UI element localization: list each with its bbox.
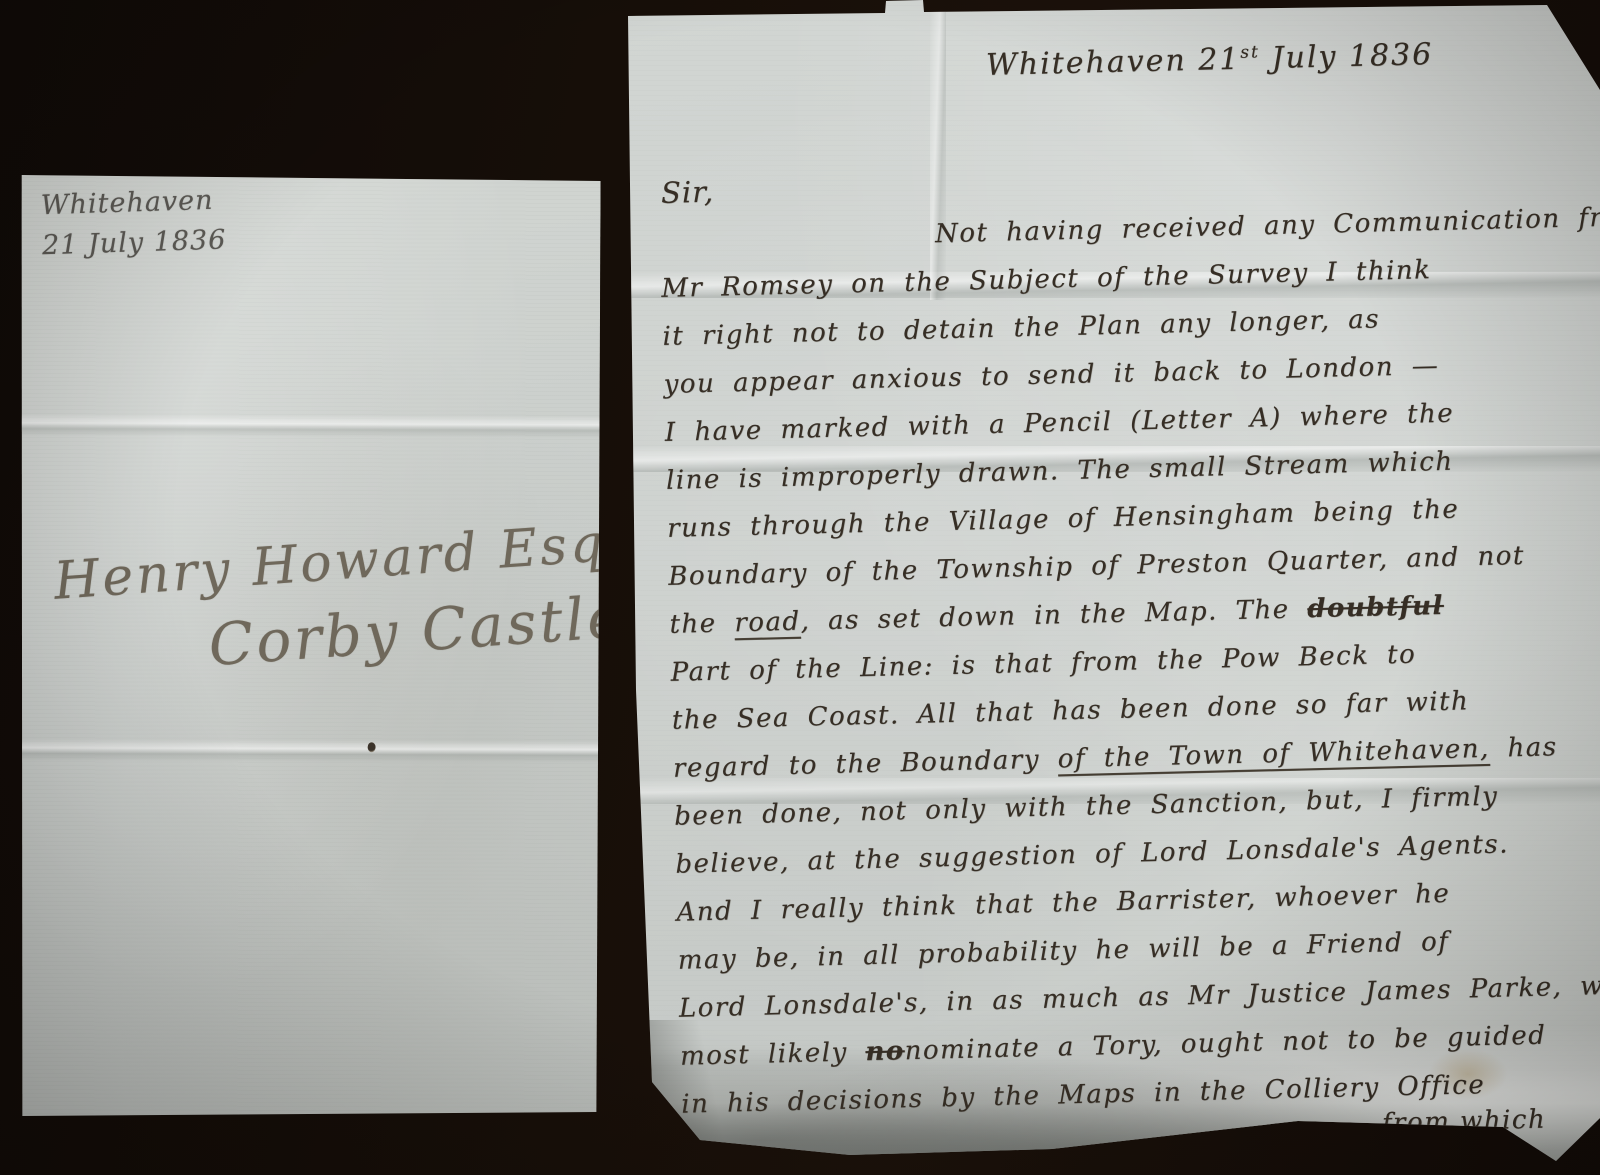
corrected-word: no: [865, 1036, 905, 1067]
dateline-ordinal: st: [1240, 42, 1260, 62]
dateline-month-year: July 1836: [1260, 37, 1434, 76]
pencil-annotation-date: 21 July 1836: [42, 220, 228, 266]
underlined-word: road: [734, 607, 801, 639]
letter-text: Whitehaven 21st July 1836 Sir, Not havin…: [655, 7, 1600, 1170]
corrected-word: doubtful: [1307, 591, 1444, 624]
photo-background: Whitehaven 21 July 1836 Henry Howard Esq…: [0, 0, 1600, 1175]
letter-catchword: from which: [1382, 1105, 1547, 1139]
letter-dateline: Whitehaven 21st July 1836: [986, 37, 1434, 83]
letter-line-text: most likely: [680, 1037, 866, 1072]
letter-page: Whitehaven 21st July 1836 Sir, Not havin…: [600, 0, 1600, 1175]
address-leaf-page: Whitehaven 21 July 1836 Henry Howard Esq…: [16, 169, 603, 1119]
letter-line-text: has: [1489, 732, 1558, 764]
pencil-annotation-place: Whitehaven: [40, 181, 226, 227]
letter-line-text: the: [669, 608, 735, 640]
letter-line-text: Not having received any Communication fr…: [935, 202, 1600, 249]
fold-crease: [18, 739, 602, 763]
dateline-place-day: Whitehaven 21: [986, 42, 1241, 83]
fold-crease: [19, 414, 603, 438]
pencil-annotation: Whitehaven 21 July 1836: [40, 181, 227, 267]
paper-hole: [368, 742, 376, 752]
letter-salutation: Sir,: [661, 175, 715, 210]
recipient-address: Henry Howard Esq Corby Castle: [52, 513, 627, 690]
letter-body: Not having received any Communication fr…: [660, 203, 1600, 1138]
